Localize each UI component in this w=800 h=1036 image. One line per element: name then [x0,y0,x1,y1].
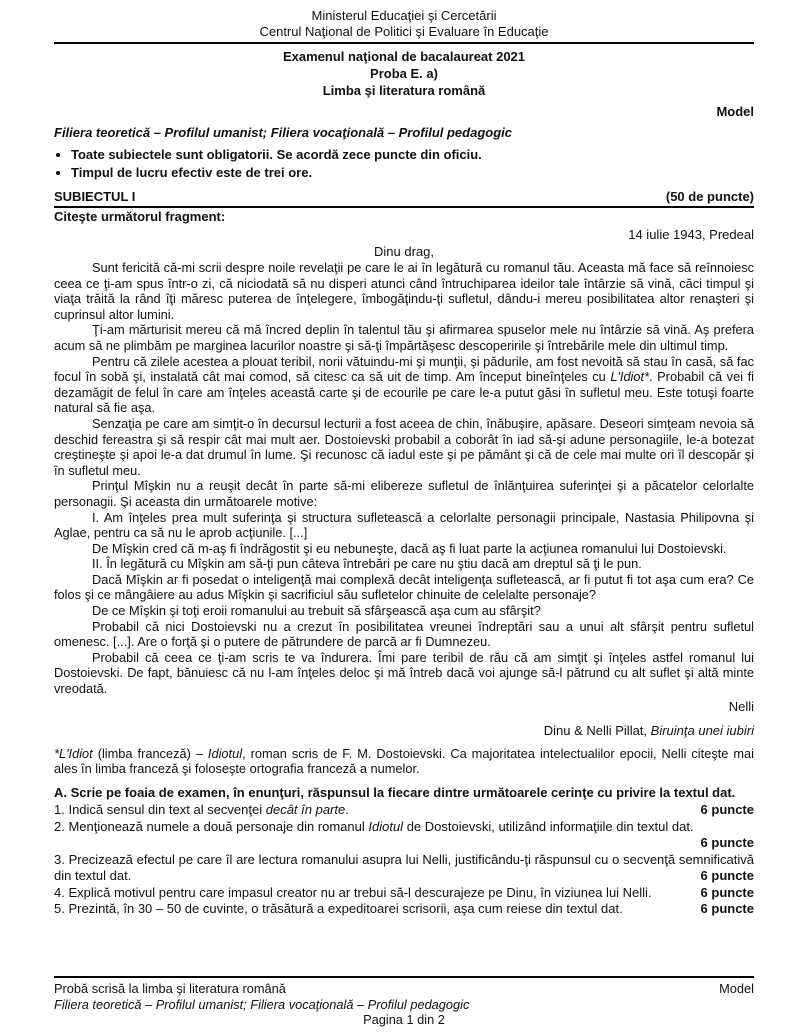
model-label: Model [54,104,754,120]
fragment-list-item: I. Am înţeles prea mult suferinţa şi str… [54,510,754,541]
page-number: Pagina 1 din 2 [54,1012,754,1028]
question-1-quoted: decât în parte [266,802,346,817]
question-2-text-end: de Dostoievski, utilizând informaţiile d… [403,819,693,834]
footer-model-label: Model [719,981,754,997]
footnote-text: (limba franceză) – [93,746,208,761]
letter-signature: Nelli [54,699,754,715]
exam-title: Examenul naţional de bacalaureat 2021 [54,48,754,65]
subject1-heading-row: SUBIECTUL I (50 de puncte) [54,188,754,208]
question-1-points: 6 puncte [701,802,754,819]
source-book-title: Biruinţa unei iubiri [651,723,754,738]
question-5-text: 5. Prezintă, în 30 – 50 de cuvinte, o tr… [54,901,623,916]
footer-proba-label: Probă scrisă la limba şi literatura româ… [54,981,286,997]
question-1-text-end: . [345,802,349,817]
footer-filiera-line: Filiera teoretică – Profilul umanist; Fi… [54,997,754,1013]
question-1: 6 puncte1. Indică sensul din text al sec… [54,802,754,819]
footnote-term: *L'Idiot [54,746,93,761]
document: Ministerul Educaţiei şi Cercetării Centr… [0,0,800,1036]
exam-title-block: Examenul naţional de bacalaureat 2021 Pr… [54,48,754,99]
footer-row: Probă scrisă la limba şi literatura româ… [54,981,754,997]
question-4-points: 6 puncte [701,885,754,902]
question-3-points: 6 puncte [701,868,754,885]
fragment-paragraph: Ţi-am mărturisit mereu că mă încred depl… [54,322,754,353]
fragment-list-item: II. În legătură cu Mîşkin am să-ţi pun c… [54,556,754,572]
fragment-paragraph: Dacă Mîşkin ar fi posedat o inteligenţă … [54,572,754,603]
fragment-paragraph: Pentru că zilele acestea a plouat teribi… [54,354,754,416]
exam-document-page: { "org_header": { "ministry_line1": "Min… [0,0,800,1036]
question-2-text: 2. Menţionează numele a două personaje d… [54,819,368,834]
fragment-paragraph: Prinţul Mîşkin nu a reuşit decât în part… [54,478,754,509]
ministry-line: Ministerul Educaţiei şi Cercetării [54,8,754,24]
question-2-book-title: Idiotul [368,819,403,834]
subject1-heading: SUBIECTUL I [54,188,135,205]
questions-list: 6 puncte1. Indică sensul din text al sec… [54,802,754,918]
letter-salutation: Dinu drag, [54,244,754,260]
footnote-book-title: Idiotul [208,746,242,761]
instruction-item: Toate subiectele sunt obligatorii. Se ac… [71,146,754,164]
question-2-points: 6 puncte [54,835,754,852]
instruction-item: Timpul de lucru efectiv este de trei ore… [71,164,754,182]
footer-rule [54,976,754,978]
exam-subject: Limba şi literatura română [54,82,754,99]
question-2: 2. Menţionează numele a două personaje d… [54,819,754,836]
question-5: 6 puncte5. Prezintă, în 30 – 50 de cuvin… [54,901,754,918]
fragment-paragraph: Probabil că nici Dostoievski nu a crezut… [54,619,754,650]
question-4: 6 puncte4. Explică motivul pentru care i… [54,885,754,902]
org-header: Ministerul Educaţiei şi Cercetării Centr… [54,8,754,40]
question-3-text: 3. Precizează efectul pe care îl are lec… [54,852,754,884]
question-4-text: 4. Explică motivul pentru care impasul c… [54,885,652,900]
fragment-paragraph: De ce Mîşkin şi toţi eroii romanului au … [54,603,754,619]
book-title-french: L'Idiot* [610,369,649,384]
page-footer: Probă scrisă la limba şi literatura româ… [54,976,754,1028]
source-authors: Dinu & Nelli Pillat, [544,723,651,738]
exam-proba: Proba E. a) [54,65,754,82]
national-center-line: Centrul Naţional de Politici şi Evaluare… [54,24,754,40]
header-rule [54,42,754,44]
question-3: 3. Precizează efectul pe care îl are lec… [54,852,754,885]
read-prompt: Citeşte următorul fragment: [54,208,754,226]
source-line: Dinu & Nelli Pillat, Biruinţa unei iubir… [54,722,754,739]
letter-dateline: 14 iulie 1943, Predeal [54,226,754,244]
instructions-list: Toate subiectele sunt obligatorii. Se ac… [54,146,754,182]
question-1-text: 1. Indică sensul din text al secvenţei [54,802,266,817]
filiera-line: Filiera teoretică – Profilul umanist; Fi… [54,125,754,141]
question-5-points: 6 puncte [701,901,754,918]
footnote: *L'Idiot (limba franceză) – Idiotul, rom… [54,746,754,777]
fragment-paragraph: Probabil că ceea ce ţi-am scris te va în… [54,650,754,697]
part-a-heading: A. Scrie pe foaia de examen, în enunţuri… [54,785,754,802]
fragment-paragraph: Sunt fericită că-mi scrii despre noile r… [54,260,754,322]
fragment-paragraph: De Mîşkin cred că m-aş fi îndrăgostit şi… [54,541,754,557]
fragment-paragraph: Senzaţia pe care am simţit-o în decursul… [54,416,754,478]
subject1-points: (50 de puncte) [666,188,754,205]
